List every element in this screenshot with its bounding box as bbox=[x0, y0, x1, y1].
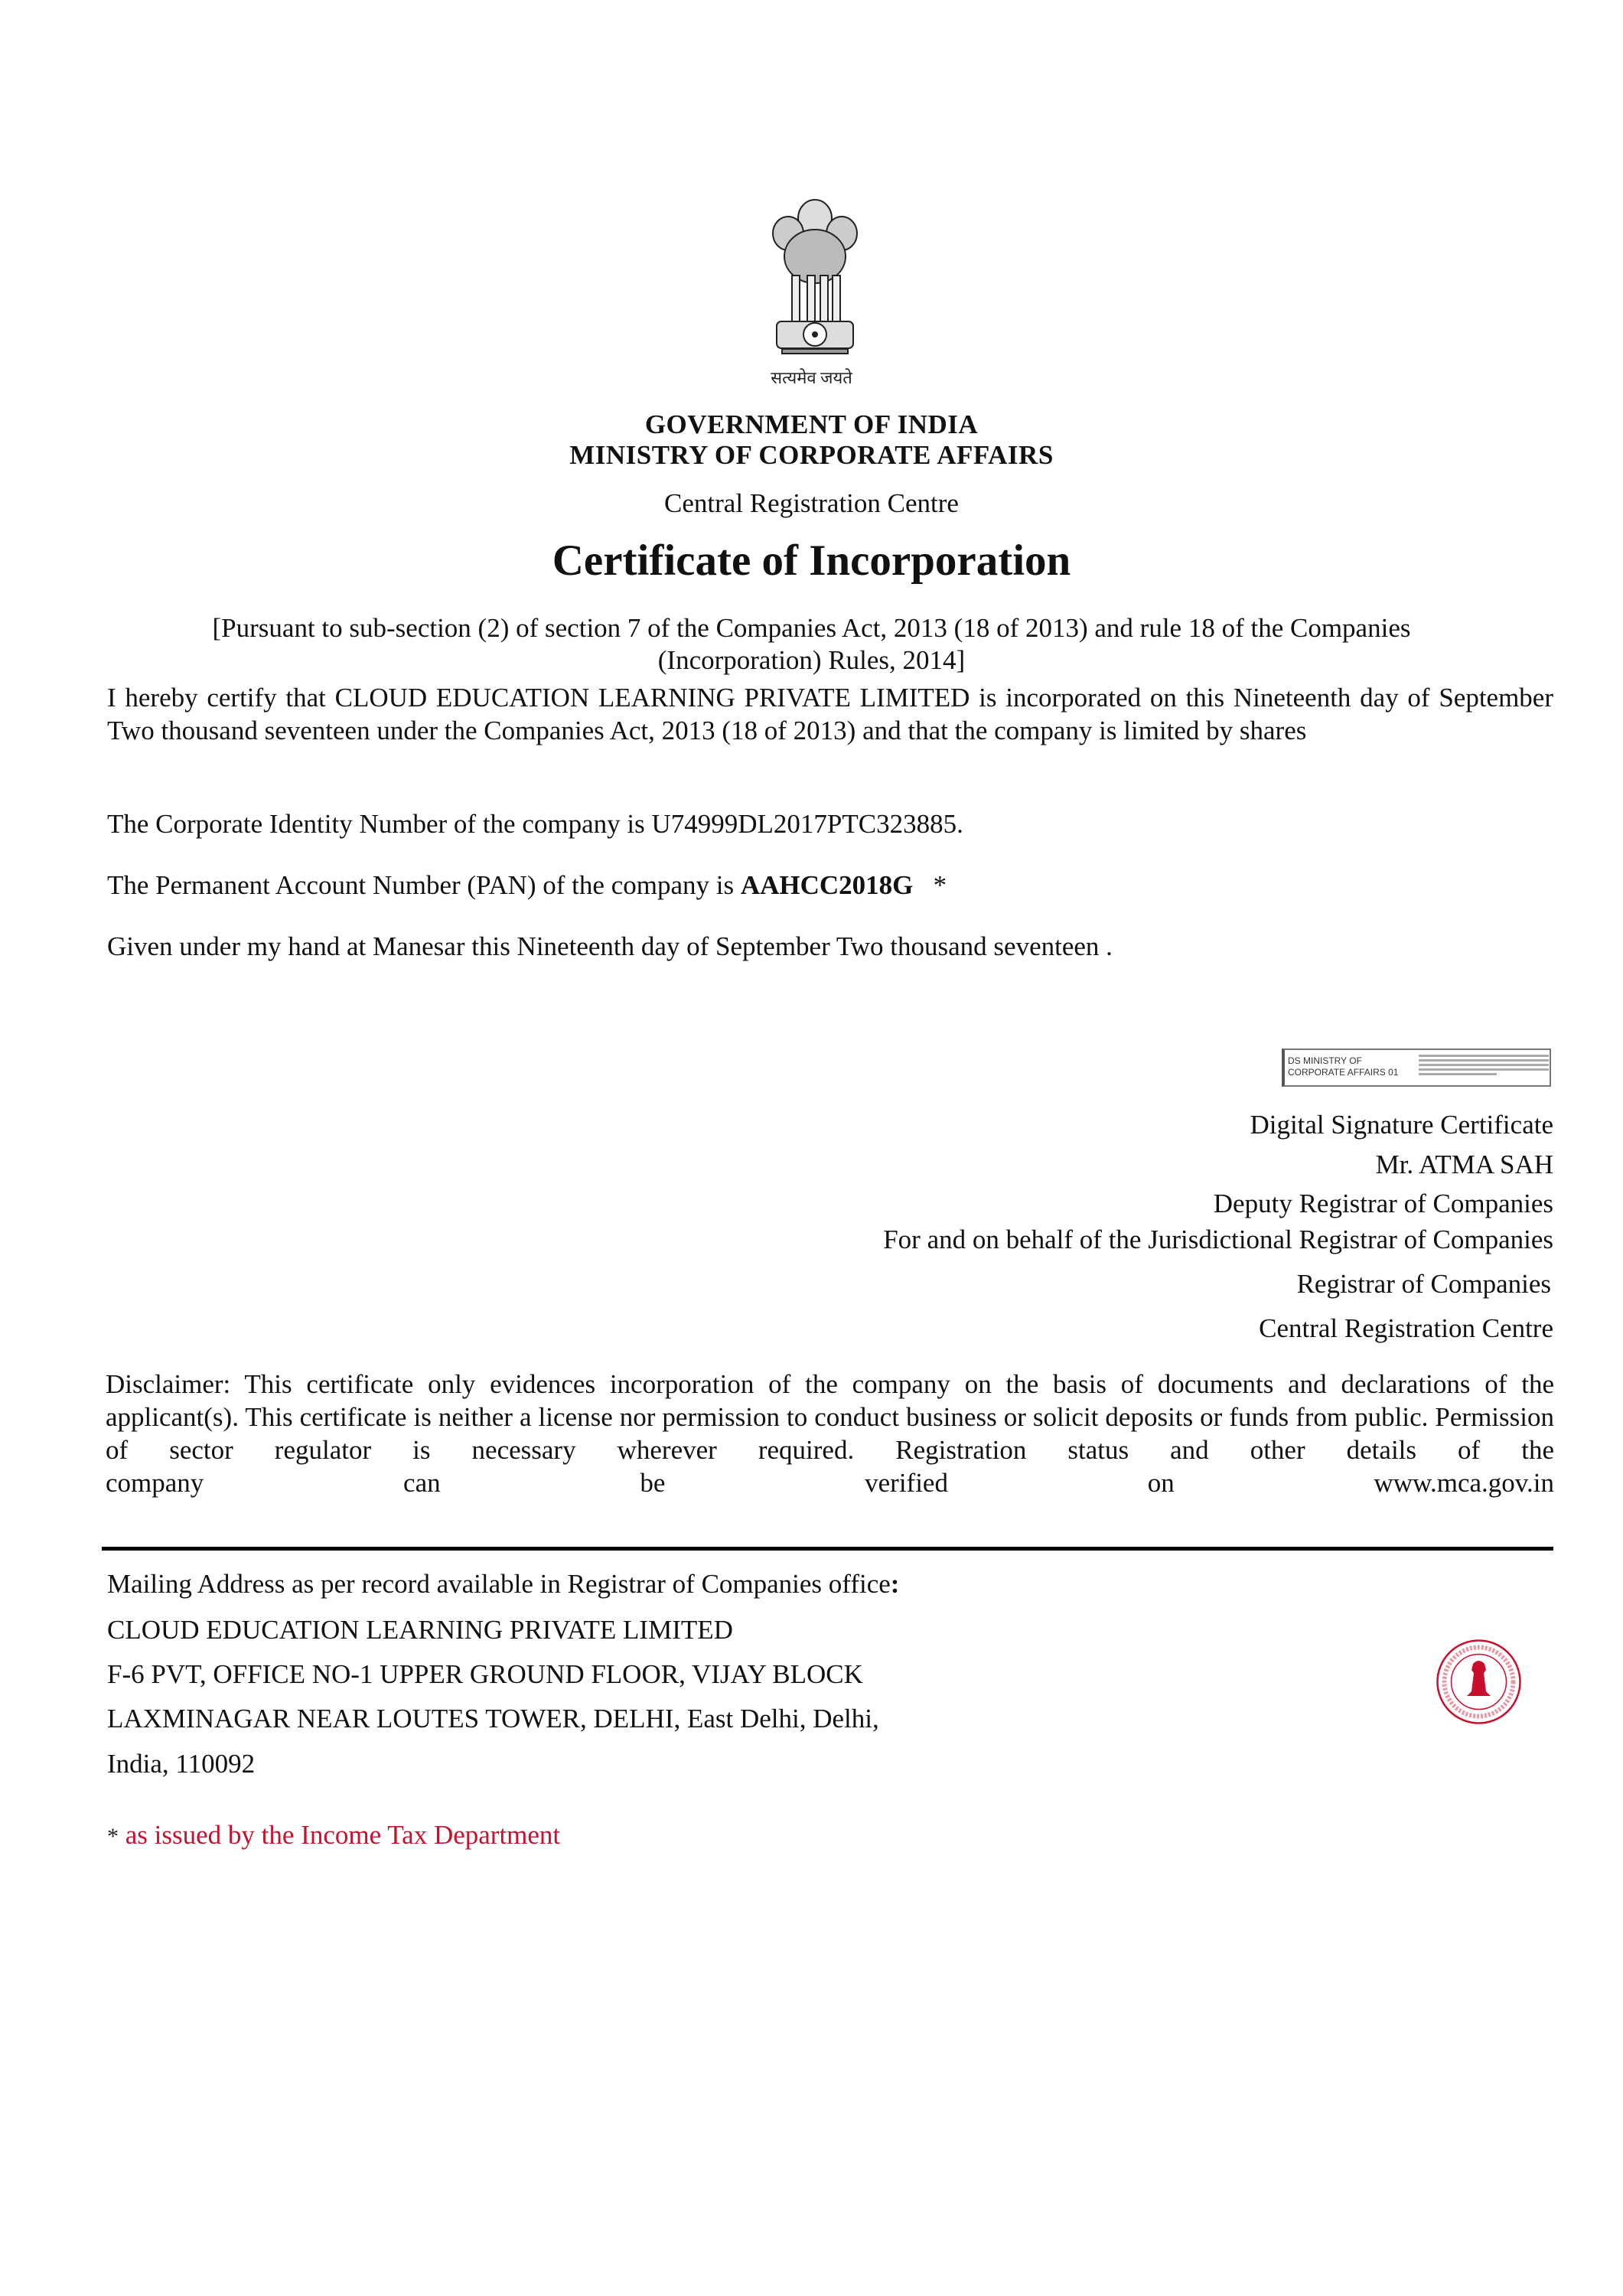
issue-statement: Given under my hand at Manesar this Nine… bbox=[107, 930, 1553, 963]
disclaimer-body: Disclaimer: This certificate only eviden… bbox=[106, 1368, 1554, 1466]
signatory-name: Mr. ATMA SAH bbox=[1376, 1150, 1553, 1180]
address-line: F-6 PVT, OFFICE NO-1 UPPER GROUND FLOOR,… bbox=[107, 1659, 863, 1690]
disclaimer-word: be bbox=[640, 1466, 665, 1499]
pan-value: AAHCC2018G bbox=[741, 870, 914, 900]
registrar-seal-icon bbox=[1435, 1638, 1523, 1726]
digital-signature-details bbox=[1419, 1053, 1549, 1084]
legal-reference-line-2: (Incorporation) Rules, 2014] bbox=[0, 644, 1623, 677]
disclaimer-word: company bbox=[106, 1466, 204, 1499]
mailing-address-heading: Mailing Address as per record available … bbox=[107, 1569, 899, 1600]
disclaimer-last-line: company can be verified on www.mca.gov.i… bbox=[106, 1466, 1554, 1499]
mca-website-link[interactable]: www.mca.gov.in bbox=[1374, 1466, 1554, 1499]
pan-footnote: * as issued by the Income Tax Department bbox=[107, 1820, 560, 1851]
government-heading: GOVERNMENT OF INDIA bbox=[0, 409, 1623, 440]
signature-label: Digital Signature Certificate bbox=[1250, 1110, 1553, 1140]
cin-statement: The Corporate Identity Number of the com… bbox=[107, 807, 1553, 840]
cin-label: The Corporate Identity Number of the com… bbox=[107, 809, 651, 839]
emblem-motto: सत्यमेव जयते bbox=[0, 366, 1623, 389]
mailing-heading-text: Mailing Address as per record available … bbox=[107, 1569, 891, 1599]
disclaimer-word: on bbox=[1148, 1466, 1175, 1499]
national-emblem-icon bbox=[765, 191, 865, 360]
signatory-centre: Central Registration Centre bbox=[1259, 1313, 1553, 1344]
signatory-behalf: For and on behalf of the Jurisdictional … bbox=[883, 1225, 1553, 1255]
disclaimer-word: can bbox=[403, 1466, 441, 1499]
disclaimer: Disclaimer: This certificate only eviden… bbox=[106, 1368, 1554, 1499]
digital-signature-signer: DS MINISTRY OF CORPORATE AFFAIRS 01 bbox=[1288, 1055, 1398, 1078]
address-line: CLOUD EDUCATION LEARNING PRIVATE LIMITED bbox=[107, 1615, 733, 1645]
pan-statement: The Permanent Account Number (PAN) of th… bbox=[107, 869, 1553, 902]
digital-signature-stamp[interactable]: DS MINISTRY OF CORPORATE AFFAIRS 01 bbox=[1282, 1049, 1551, 1087]
disclaimer-word: verified bbox=[865, 1466, 948, 1499]
legal-reference: [Pursuant to sub-section (2) of section … bbox=[0, 612, 1623, 677]
page-title: Certificate of Incorporation bbox=[0, 536, 1623, 585]
stamp-line-1: DS MINISTRY OF bbox=[1288, 1055, 1398, 1067]
stamp-line-2: CORPORATE AFFAIRS 01 bbox=[1288, 1067, 1398, 1078]
address-line: India, 110092 bbox=[107, 1749, 255, 1779]
pan-footnote-marker: * bbox=[934, 870, 947, 900]
signatory-designation: Deputy Registrar of Companies bbox=[1214, 1189, 1553, 1219]
footnote-text: as issued by the Income Tax Department bbox=[119, 1820, 560, 1850]
section-divider bbox=[102, 1547, 1553, 1551]
footnote-marker: * bbox=[107, 1824, 119, 1849]
ministry-heading: MINISTRY OF CORPORATE AFFAIRS bbox=[0, 440, 1623, 471]
address-line: LAXMINAGAR NEAR LOUTES TOWER, DELHI, Eas… bbox=[107, 1704, 879, 1734]
pan-label: The Permanent Account Number (PAN) of th… bbox=[107, 870, 741, 900]
legal-reference-line-1: [Pursuant to sub-section (2) of section … bbox=[0, 612, 1623, 644]
registration-centre: Central Registration Centre bbox=[0, 488, 1623, 519]
certification-statement: I hereby certify that CLOUD EDUCATION LE… bbox=[107, 681, 1553, 777]
signatory-office: Registrar of Companies bbox=[1297, 1269, 1551, 1300]
cin-value: U74999DL2017PTC323885. bbox=[651, 809, 963, 839]
mailing-heading-colon: : bbox=[891, 1569, 900, 1599]
